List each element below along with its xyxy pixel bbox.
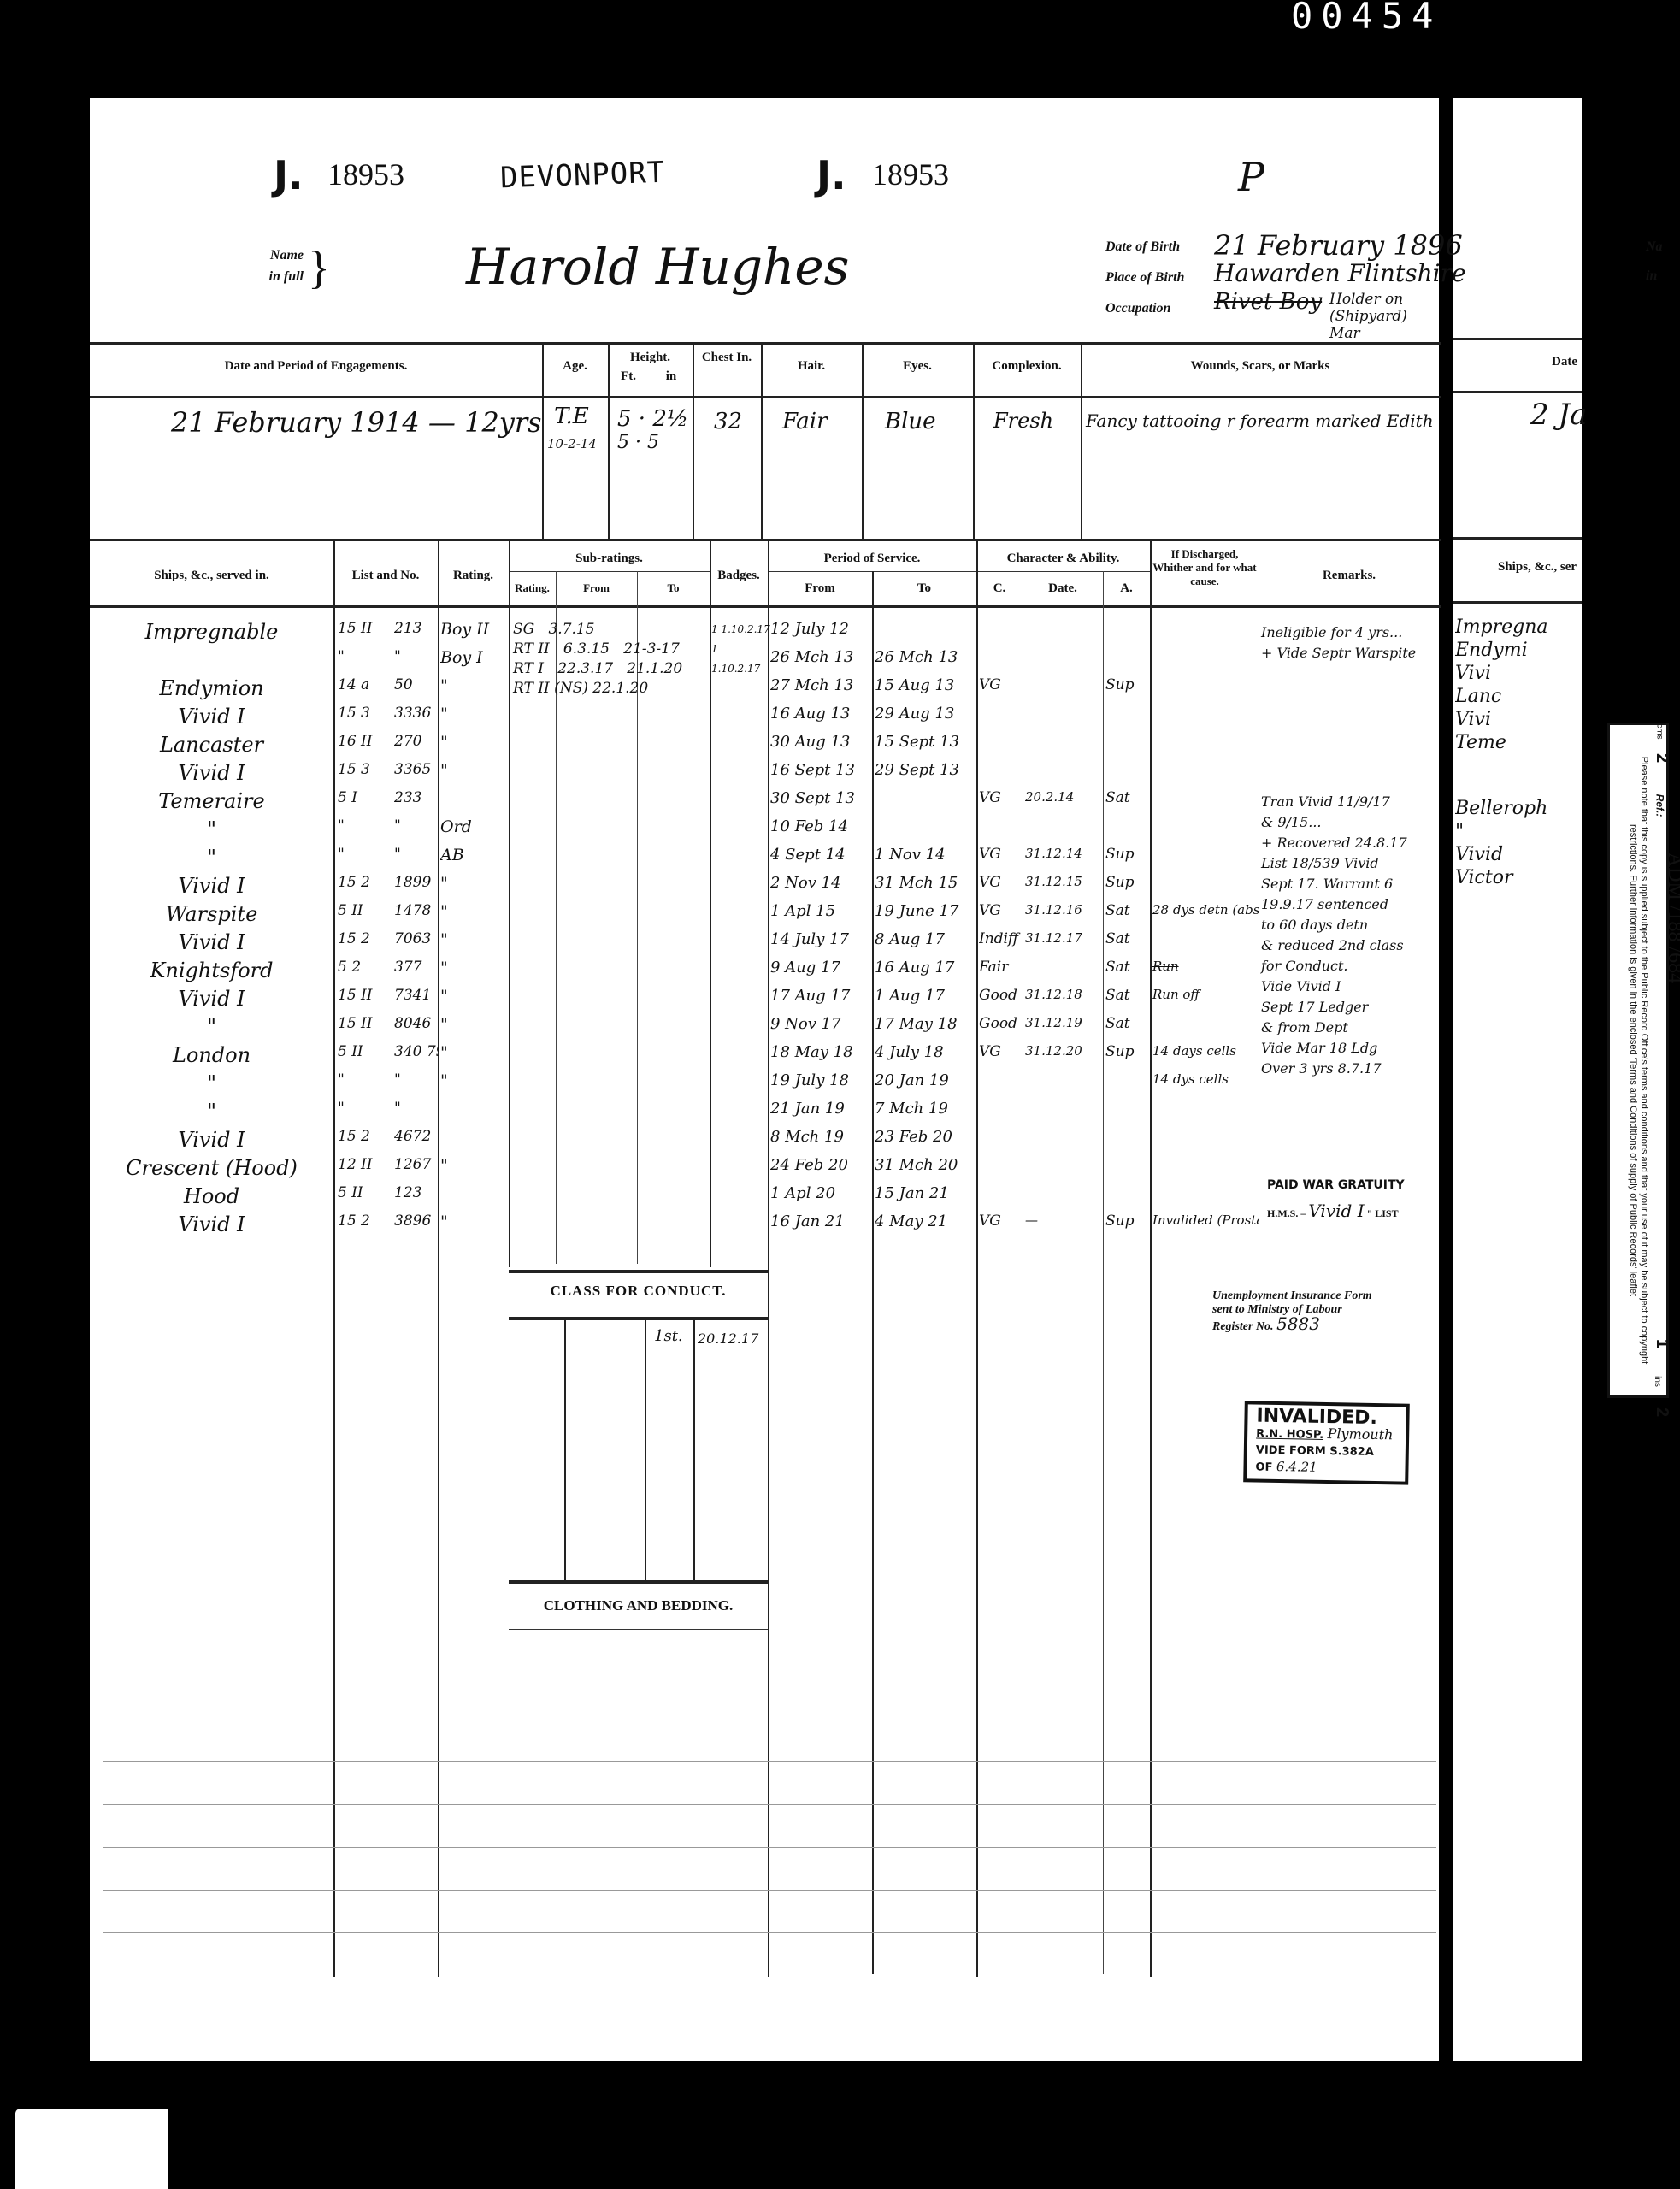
- header-char-c: C.: [976, 581, 1023, 596]
- cell-no: 270: [394, 733, 439, 750]
- clothing-title: CLOTHING AND BEDDING.: [509, 1597, 768, 1614]
- remark-line: & from Dept: [1261, 1018, 1441, 1038]
- engagement-complexion: Fresh: [993, 409, 1053, 433]
- header-period: Period of Service.: [768, 552, 976, 566]
- engagement-hair: Fair: [782, 409, 828, 434]
- remark-line: Sept 17 Ledger: [1261, 997, 1441, 1018]
- cell-no: 7063: [394, 930, 439, 947]
- table-row: Vivid I15 27063"14 July 178 Aug 17Indiff…: [90, 930, 1261, 959]
- cell-to: 29 Sept 13: [875, 761, 977, 779]
- next-page-ship: Teme: [1455, 731, 1583, 754]
- remark-line: & reduced 2nd class: [1261, 935, 1441, 956]
- cell-list: 15 II: [338, 987, 391, 1004]
- col-divider: [645, 1320, 646, 1581]
- table-row: Vivid I15 246728 Mch 1923 Feb 20: [90, 1128, 1261, 1156]
- cell-rating: ": [440, 874, 509, 893]
- cell-ship: Lancaster: [90, 733, 333, 757]
- header-sub-rating: Rating.: [509, 581, 556, 595]
- rule: [509, 571, 710, 572]
- cell-no: 50: [394, 676, 439, 693]
- header-period-to: To: [872, 581, 976, 596]
- header-sub-ratings: Sub-ratings.: [509, 552, 710, 566]
- cell-ship: Impregnable: [90, 620, 333, 644]
- next-page-ship: Impregna: [1455, 616, 1583, 639]
- name-label-in-full: in full: [252, 269, 304, 285]
- table-row: ""Boy I26 Mch 1326 Mch 13: [90, 648, 1261, 676]
- cell-list: 15 2: [338, 930, 391, 947]
- cell-list: ": [338, 846, 391, 863]
- cell-no: 213: [394, 620, 439, 637]
- cell-from: 16 Aug 13: [770, 705, 873, 723]
- cell-from: 10 Feb 14: [770, 817, 873, 835]
- cell-from: 17 Aug 17: [770, 987, 873, 1005]
- cell-from: 14 July 17: [770, 930, 873, 948]
- cell-to: 17 May 18: [875, 1015, 977, 1033]
- cell-to: 19 June 17: [875, 902, 977, 920]
- cell-a: Sat: [1105, 987, 1150, 1004]
- cell-rating: Boy I: [440, 648, 509, 667]
- remark-line: & 9/15...: [1261, 812, 1441, 833]
- remark-line: Vide Mar 18 Ldg: [1261, 1038, 1441, 1059]
- header-date-period: Date and Period of Engagements.: [90, 359, 542, 374]
- official-number-prefix-left: J.: [274, 152, 304, 198]
- cell-c: VG: [979, 902, 1023, 919]
- cell-list: 15 3: [338, 761, 391, 778]
- table-row: Temeraire5 I23330 Sept 13VG20.2.14Sat: [90, 789, 1261, 817]
- table-row: Vivid I15 II7341"17 Aug 171 Aug 17Good31…: [90, 987, 1261, 1015]
- remark-line: Sept 17. Warrant 6: [1261, 874, 1441, 894]
- cell-ship: Warspite: [90, 902, 333, 926]
- engagement-age-date: 10-2-14: [547, 436, 597, 451]
- cell-ship: Hood: [90, 1184, 333, 1208]
- cell-no: ": [394, 1071, 439, 1089]
- cell-list: 15 2: [338, 1213, 391, 1230]
- divider: [693, 342, 694, 539]
- header-eyes: Eyes.: [862, 359, 973, 374]
- header-char-a: A.: [1103, 581, 1150, 596]
- rule: [90, 342, 1441, 345]
- cell-from: 12 July 12: [770, 620, 873, 638]
- cell-rating: ": [440, 1156, 509, 1175]
- table-row: Vivid I15 21899"2 Nov 1431 Mch 15VG31.12…: [90, 874, 1261, 902]
- cell-from: 4 Sept 14: [770, 846, 873, 864]
- next-page-ship: Vivi: [1455, 662, 1583, 685]
- cell-rating: Boy II: [440, 620, 509, 639]
- cell-no: 3336: [394, 705, 439, 722]
- header-rating: Rating.: [438, 569, 509, 583]
- header-height: Height.: [608, 351, 693, 365]
- next-page-ships: ImpregnaEndymiViviLancViviTemeBelleroph"…: [1455, 616, 1583, 889]
- header-ships: Ships, &c., served in.: [90, 569, 333, 583]
- rule: [90, 539, 1441, 541]
- cell-rating: ": [440, 1213, 509, 1231]
- cell-ship: ": [90, 1071, 333, 1095]
- official-number-right: 18953: [872, 156, 949, 192]
- cell-ship: Crescent (Hood): [90, 1156, 333, 1180]
- conduct-date: 20.12.17: [698, 1331, 758, 1347]
- cell-from: 9 Nov 17: [770, 1015, 873, 1033]
- cell-date: 31.12.19: [1025, 1015, 1104, 1030]
- cell-list: ": [338, 648, 391, 665]
- name-brace: }: [308, 241, 330, 294]
- cell-date: 31.12.16: [1025, 902, 1104, 917]
- cell-rating: ": [440, 705, 509, 723]
- cell-a: Sat: [1105, 789, 1150, 806]
- conduct-class: 1st.: [654, 1327, 683, 1345]
- cell-discharged: Run off: [1152, 987, 1259, 1002]
- cell-from: 19 July 18: [770, 1071, 873, 1089]
- table-row: "15 II8046"9 Nov 1717 May 18Good31.12.19…: [90, 1015, 1261, 1043]
- cell-c: VG: [979, 789, 1023, 806]
- scale-unit-ins: ins: [1653, 1376, 1662, 1387]
- engagement-height-2: 5 · 5: [617, 432, 659, 453]
- header-wounds: Wounds, Scars, or Marks: [1081, 359, 1440, 374]
- header-list-no: List and No.: [333, 569, 438, 583]
- reference-number: ADM /188 /684: [1663, 853, 1680, 983]
- rule: [1453, 601, 1582, 604]
- occupation-value: Holder on (Shipyard) Mar: [1329, 291, 1441, 342]
- remark-line: List 18/539 Vivid: [1261, 853, 1441, 874]
- rule: [1453, 338, 1582, 340]
- remark-line: Tran Vivid 11/9/17: [1261, 792, 1441, 812]
- cell-no: 1899: [394, 874, 439, 891]
- col-divider: [693, 1320, 695, 1581]
- cell-list: ": [338, 1100, 391, 1117]
- cell-ship: ": [90, 817, 333, 841]
- cell-list: 15 2: [338, 874, 391, 891]
- cell-list: 15 II: [338, 620, 391, 637]
- cell-rating: ": [440, 930, 509, 949]
- rule: [509, 1317, 768, 1320]
- cell-a: Sat: [1105, 1015, 1150, 1032]
- war-gratuity-hms: H.M.S. – Vivid I " LIST: [1267, 1201, 1399, 1221]
- official-number-prefix-right: J.: [816, 152, 846, 198]
- cell-discharged: 28 dys detn (absence): [1152, 902, 1259, 917]
- cell-from: 27 Mch 13: [770, 676, 873, 694]
- cell-discharged: Run: [1152, 959, 1259, 974]
- engagement-height-1: 5 · 2½: [617, 406, 688, 432]
- table-row: Endymion14 a50"27 Mch 1315 Aug 13VGSup: [90, 676, 1261, 705]
- cell-from: 8 Mch 19: [770, 1128, 873, 1146]
- cell-from: 16 Jan 21: [770, 1213, 873, 1230]
- engagement-date-period: 21 February 1914 — 12yrs: [171, 406, 542, 439]
- unemployment-insurance-stamp: Unemployment Insurance Form sent to Mini…: [1212, 1289, 1372, 1334]
- table-row: """21 Jan 197 Mch 19: [90, 1100, 1261, 1128]
- cell-to: 29 Aug 13: [875, 705, 977, 723]
- scan-corner-tab: [15, 2109, 168, 2189]
- cell-rating: AB: [440, 846, 509, 864]
- cell-a: Sat: [1105, 902, 1150, 919]
- cell-a: Sup: [1105, 874, 1150, 891]
- cell-date: 31.12.17: [1025, 930, 1104, 946]
- table-row: Vivid I15 33336"16 Aug 1329 Aug 13: [90, 705, 1261, 733]
- cell-no: 233: [394, 789, 439, 806]
- cell-list: 16 II: [338, 733, 391, 750]
- cell-from: 30 Aug 13: [770, 733, 873, 751]
- table-row: Impregnable15 II213Boy II12 July 12: [90, 620, 1261, 648]
- cell-list: ": [338, 1071, 391, 1089]
- rule: [1453, 391, 1582, 393]
- occupation-label: Occupation: [1105, 301, 1170, 316]
- invalided-stamp: INVALIDED. R.N. HOSP. Plymouth VIDE FORM…: [1243, 1401, 1410, 1484]
- cell-rating: ": [440, 1015, 509, 1034]
- conduct-title: CLASS FOR CONDUCT.: [509, 1283, 768, 1300]
- cell-ship: Vivid I: [90, 761, 333, 785]
- remark-line: + Vide Septr Warspite: [1261, 643, 1441, 664]
- next-page-ship: Lanc: [1455, 685, 1583, 708]
- scale-unit-cms: cms: [1655, 723, 1665, 739]
- cell-no: 3365: [394, 761, 439, 778]
- cell-discharged: 14 days cells: [1152, 1043, 1259, 1059]
- cell-ship: ": [90, 1100, 333, 1124]
- rule: [103, 1804, 1436, 1805]
- cell-from: 9 Aug 17: [770, 959, 873, 976]
- cell-a: Sup: [1105, 1213, 1150, 1230]
- cell-to: 4 July 18: [875, 1043, 977, 1061]
- remark-line: Over 3 yrs 8.7.17: [1261, 1059, 1441, 1079]
- cell-to: 4 May 21: [875, 1213, 977, 1230]
- cell-date: —: [1025, 1213, 1104, 1228]
- cell-c: Fair: [979, 959, 1023, 976]
- rule: [103, 1847, 1436, 1848]
- cell-rating: Ord: [440, 817, 509, 836]
- cell-no: 1478: [394, 902, 439, 919]
- rule: [962, 571, 1150, 572]
- cell-ship: Knightsford: [90, 959, 333, 982]
- reference-label: Ref.:: [1653, 794, 1665, 817]
- dob-label: Date of Birth: [1105, 239, 1180, 255]
- cell-date: 31.12.20: [1025, 1043, 1104, 1059]
- cell-no: 8046: [394, 1015, 439, 1032]
- remark-line: 19.9.17 sentenced: [1261, 894, 1441, 915]
- cell-list: 14 a: [338, 676, 391, 693]
- cell-no: ": [394, 846, 439, 863]
- cell-ship: Vivid I: [90, 1128, 333, 1152]
- name-label: Name: [252, 248, 304, 263]
- header-period-from: From: [768, 581, 872, 596]
- cell-c: Good: [979, 1015, 1023, 1032]
- cell-no: ": [394, 817, 439, 835]
- pob-value: Hawarden Flintshire: [1214, 259, 1466, 287]
- official-number-left: 18953: [327, 156, 404, 192]
- cell-a: Sup: [1105, 676, 1150, 693]
- col-divider: [564, 1320, 566, 1581]
- header-height-ft: Ft.: [616, 369, 641, 384]
- next-page-ship: ": [1455, 820, 1583, 843]
- cell-a: Sup: [1105, 1043, 1150, 1060]
- cell-no: 3896: [394, 1213, 439, 1230]
- scale-mark: 2: [1652, 753, 1671, 763]
- cell-from: 24 Feb 20: [770, 1156, 873, 1174]
- cell-ship: London: [90, 1043, 333, 1067]
- cell-discharged: Invalided (Prostatitis & Neuritis): [1152, 1213, 1259, 1228]
- next-page-date-value: 2 Ja: [1530, 398, 1587, 432]
- cell-list: 15 2: [338, 1128, 391, 1145]
- header-chest: Chest In.: [693, 351, 761, 365]
- next-page-ship: Belleroph: [1455, 797, 1583, 820]
- cell-date: 31.12.18: [1025, 987, 1104, 1002]
- table-row: Knightsford5 2377"9 Aug 1716 Aug 17FairS…: [90, 959, 1261, 987]
- full-name: Harold Hughes: [466, 238, 849, 296]
- frame-number: 00454: [1291, 0, 1441, 37]
- cell-to: 31 Mch 15: [875, 874, 977, 892]
- header-complexion: Complexion.: [973, 359, 1081, 374]
- cell-to: 7 Mch 19: [875, 1100, 977, 1118]
- cell-rating: ": [440, 987, 509, 1006]
- cell-to: 15 Jan 21: [875, 1184, 977, 1202]
- engagement-eyes: Blue: [885, 409, 936, 434]
- cell-from: 21 Jan 19: [770, 1100, 873, 1118]
- page-gutter: [1439, 94, 1453, 2061]
- cell-to: 1 Aug 17: [875, 987, 977, 1005]
- cell-ship: Vivid I: [90, 930, 333, 954]
- cell-ship: Endymion: [90, 676, 333, 700]
- cell-from: 26 Mch 13: [770, 648, 873, 666]
- next-page-ship: Victor: [1455, 866, 1583, 889]
- table-row: Warspite5 II1478"1 Apl 1519 June 17VG31.…: [90, 902, 1261, 930]
- next-page-ship: Vivid: [1455, 843, 1583, 866]
- occupation-struck: Rivet Boy: [1214, 289, 1322, 315]
- cell-list: 5 II: [338, 1184, 391, 1201]
- rule: [90, 396, 1441, 398]
- table-row: Hood5 II1231 Apl 2015 Jan 21: [90, 1184, 1261, 1213]
- header-discharged: If Discharged, Whither and for what caus…: [1152, 547, 1257, 588]
- cell-a: Sat: [1105, 930, 1150, 947]
- cell-ship: ": [90, 846, 333, 870]
- cell-from: 18 May 18: [770, 1043, 873, 1061]
- cell-discharged: 14 dys cells: [1152, 1071, 1259, 1087]
- header-age: Age.: [542, 359, 608, 374]
- cell-list: ": [338, 817, 391, 835]
- next-page-ships-label: Ships, &c., ser: [1498, 560, 1577, 575]
- rule: [509, 1580, 768, 1584]
- cell-c: Indiff: [979, 930, 1023, 947]
- cell-no: 1267: [394, 1156, 439, 1173]
- cell-no: 340 79: [394, 1043, 439, 1060]
- cell-c: VG: [979, 676, 1023, 693]
- cell-ship: Vivid I: [90, 874, 333, 898]
- table-row: London5 II340 79"18 May 184 July 18VG31.…: [90, 1043, 1261, 1071]
- header-sub-from: From: [556, 581, 637, 595]
- cell-rating: ": [440, 1043, 509, 1062]
- header-char-date: Date.: [1023, 581, 1103, 596]
- table-row: """Ord10 Feb 14: [90, 817, 1261, 846]
- table-row: """AB4 Sept 141 Nov 14VG31.12.14Sup: [90, 846, 1261, 874]
- cell-ship: Vivid I: [90, 987, 333, 1011]
- cell-to: 31 Mch 20: [875, 1156, 977, 1174]
- header-sub-to: To: [637, 581, 710, 595]
- cell-to: 16 Aug 17: [875, 959, 977, 976]
- cell-c: VG: [979, 874, 1023, 891]
- scale-mark: 2: [1652, 1407, 1671, 1417]
- next-page-name-label: Na: [1646, 239, 1663, 255]
- remark-line: Ineligible for 4 yrs...: [1261, 622, 1441, 643]
- cell-rating: ": [440, 959, 509, 977]
- table-row: Vivid I15 33365"16 Sept 1329 Sept 13: [90, 761, 1261, 789]
- remark-line: for Conduct.: [1261, 956, 1441, 976]
- cell-c: VG: [979, 1213, 1023, 1230]
- pencil-mark: P: [1238, 154, 1264, 200]
- cell-no: 7341: [394, 987, 439, 1004]
- rule: [90, 605, 1441, 608]
- cell-date: 20.2.14: [1025, 789, 1104, 805]
- cell-no: ": [394, 648, 439, 665]
- cell-list: 15 3: [338, 705, 391, 722]
- cell-list: 5 II: [338, 1043, 391, 1060]
- cell-to: 20 Jan 19: [875, 1071, 977, 1089]
- rule: [103, 1761, 1436, 1762]
- table-row: Crescent (Hood)12 II1267"24 Feb 2031 Mch…: [90, 1156, 1261, 1184]
- cell-from: 16 Sept 13: [770, 761, 873, 779]
- rule: [103, 1932, 1436, 1933]
- rule: [103, 1890, 1436, 1891]
- header-remarks: Remarks.: [1259, 569, 1440, 583]
- engagement-chest: 32: [714, 409, 742, 434]
- header-badges: Badges.: [710, 569, 768, 583]
- remark-line: + Recovered 24.8.17: [1261, 833, 1441, 853]
- table-row: Vivid I15 23896"16 Jan 214 May 21VG—SupI…: [90, 1213, 1261, 1241]
- cell-rating: ": [440, 902, 509, 921]
- cell-from: 30 Sept 13: [770, 789, 873, 807]
- cell-a: Sat: [1105, 959, 1150, 976]
- cell-from: 1 Apl 15: [770, 902, 873, 920]
- cell-to: 8 Aug 17: [875, 930, 977, 948]
- cell-no: ": [394, 1100, 439, 1117]
- scale-mark: 1: [1652, 1339, 1671, 1348]
- next-page-in-label: in: [1646, 268, 1657, 284]
- header-hair: Hair.: [761, 359, 862, 374]
- cell-ship: Vivid I: [90, 1213, 333, 1236]
- cell-rating: ": [440, 761, 509, 780]
- cell-list: 5 I: [338, 789, 391, 806]
- cell-to: 26 Mch 13: [875, 648, 977, 666]
- port-stamp: DEVONPORT: [499, 156, 666, 196]
- cell-ship: Temeraire: [90, 789, 333, 813]
- remark-line: Vide Vivid I: [1261, 976, 1441, 997]
- rule: [1453, 537, 1582, 540]
- cell-ship: ": [90, 1015, 333, 1039]
- copyright-notice-strip: Please note that this copy is supplied s…: [1607, 723, 1669, 1398]
- header-character: Character & Ability.: [976, 552, 1150, 566]
- remark-line: to 60 days detn: [1261, 915, 1441, 935]
- cell-list: 15 II: [338, 1015, 391, 1032]
- table-row: Lancaster16 II270"30 Aug 1315 Sept 13: [90, 733, 1261, 761]
- pob-label: Place of Birth: [1105, 270, 1184, 286]
- cell-list: 5 2: [338, 959, 391, 976]
- cell-no: 377: [394, 959, 439, 976]
- copyright-notice-text: Please note that this copy is supplied s…: [1627, 735, 1649, 1385]
- cell-c: VG: [979, 846, 1023, 863]
- next-page-ship: Endymi: [1455, 639, 1583, 662]
- cell-list: 12 II: [338, 1156, 391, 1173]
- cell-c: Good: [979, 987, 1023, 1004]
- header-height-in: in: [658, 369, 684, 384]
- cell-list: 5 II: [338, 902, 391, 919]
- remarks-list: Ineligible for 4 yrs...+ Vide Septr Wars…: [1261, 622, 1441, 1079]
- engagement-marks: Fancy tattooing r forearm marked Edith: [1086, 410, 1434, 431]
- cell-rating: ": [440, 733, 509, 752]
- cell-c: VG: [979, 1043, 1023, 1060]
- table-row: """"19 July 1820 Jan 1914 dys cells: [90, 1071, 1261, 1100]
- cell-from: 2 Nov 14: [770, 874, 873, 892]
- cell-rating: ": [440, 676, 509, 695]
- cell-no: 4672: [394, 1128, 439, 1145]
- cell-no: 123: [394, 1184, 439, 1201]
- cell-to: 1 Nov 14: [875, 846, 977, 864]
- cell-to: 23 Feb 20: [875, 1128, 977, 1146]
- cell-rating: ": [440, 1071, 509, 1090]
- cell-date: 31.12.14: [1025, 846, 1104, 861]
